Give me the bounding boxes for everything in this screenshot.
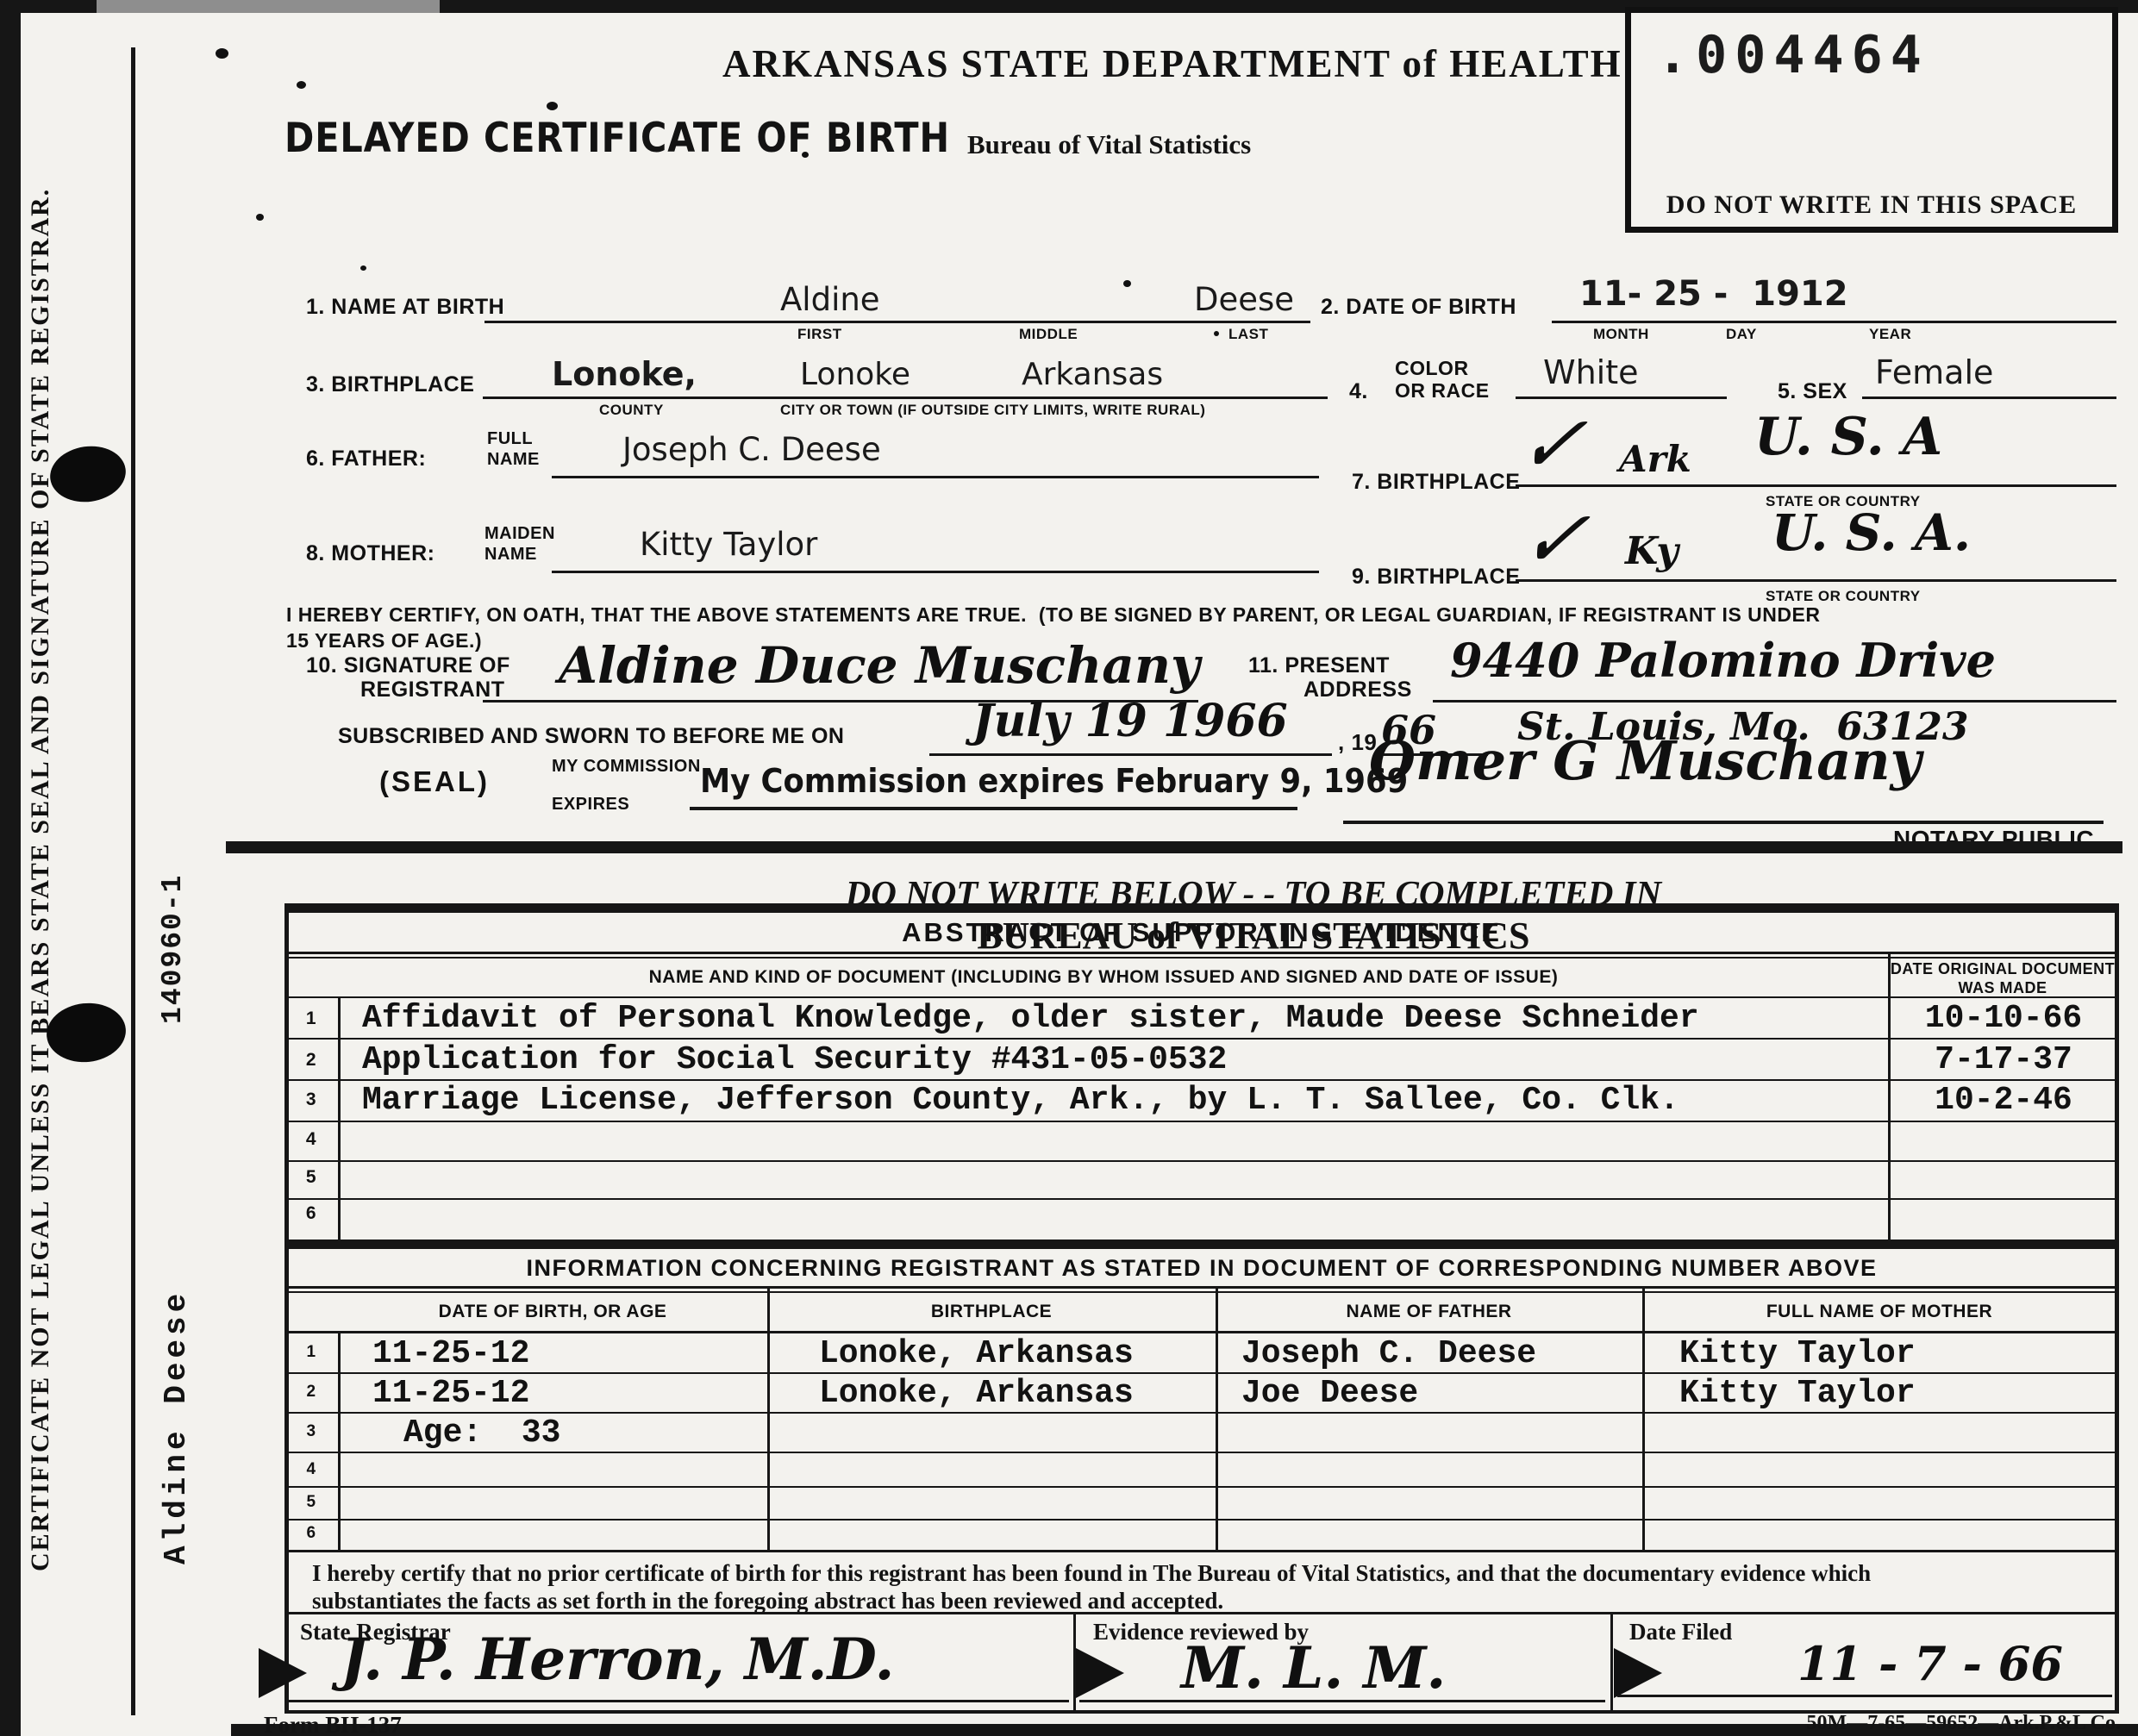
- sworn-label: SUBSCRIBED AND SWORN TO BEFORE ME ON: [338, 724, 844, 749]
- info-row-number: 4: [284, 1460, 338, 1479]
- field-9-label: 9. BIRTHPLACE: [1352, 565, 1520, 590]
- field-3-city-value: Lonoke: [800, 357, 910, 392]
- arrow-icon: [1076, 1648, 1124, 1698]
- abstract-row-number: 5: [284, 1167, 338, 1188]
- abstract-date-col-rule: [1888, 952, 1891, 1240]
- stamp-box-note: DO NOT WRITE IN THIS SPACE: [1631, 190, 2112, 220]
- final-certification-line1: I hereby certify that no prior certifica…: [312, 1560, 2105, 1587]
- field-6-value: Joseph C. Deese: [622, 431, 881, 468]
- footer-rule-3: [1617, 1695, 2112, 1697]
- info-col-birthplace-header: BIRTHPLACE: [767, 1302, 1216, 1322]
- abstract-row-document: Application for Social Security #431-05-…: [362, 1044, 1227, 1077]
- field-5-value: Female: [1875, 353, 1993, 391]
- stamp-box: .004464 DO NOT WRITE IN THIS SPACE: [1625, 7, 2118, 233]
- field-1-sub-middle: MIDDLE: [1019, 326, 1078, 343]
- abstract-doc-header: NAME AND KIND OF DOCUMENT (INCLUDING BY …: [414, 967, 1793, 988]
- left-scan-bar: [0, 0, 21, 1736]
- abstract-row-number: 6: [284, 1203, 338, 1224]
- info-col-mother-header: FULL NAME OF MOTHER: [1642, 1302, 2116, 1322]
- oath-line1: I HEREBY CERTIFY, ON OATH, THAT THE ABOV…: [286, 603, 1820, 627]
- info-row-rule-5: [284, 1519, 2119, 1521]
- top-scan-bar-fade: [97, 0, 440, 13]
- present-address-line1: 9440 Palomino Drive: [1450, 633, 1996, 688]
- abstract-title: ABSTRACT OF SUPPORTING EVIDENCE: [284, 917, 2119, 948]
- field-1-sub-last: LAST: [1228, 326, 1268, 343]
- margin-registrant-name: Aldine Deese: [159, 1228, 194, 1564]
- info-col-rule-3: [1642, 1286, 1645, 1550]
- info-row-dob: 11-25-12: [372, 1377, 529, 1410]
- field-2-sub-month: MONTH: [1593, 326, 1649, 343]
- info-col-father-header: NAME OF FATHER: [1216, 1302, 1642, 1322]
- info-num-col-rule: [338, 1331, 341, 1550]
- margin-rule: [131, 47, 135, 1715]
- abstract-row-number: 4: [284, 1129, 338, 1150]
- notary-rule: [1343, 821, 2104, 824]
- agency-title: ARKANSAS STATE DEPARTMENT of HEALTH: [722, 41, 1622, 86]
- form-number: Form BH-137: [264, 1712, 402, 1736]
- info-row-rule-3: [284, 1452, 2119, 1453]
- certificate-number-stamp: .004464: [1657, 25, 1929, 85]
- field-2-sub-year: YEAR: [1869, 326, 1911, 343]
- footer-top-rule: [284, 1612, 2119, 1614]
- info-bottom-rule: [284, 1550, 2119, 1552]
- field-3-label: 3. BIRTHPLACE: [306, 372, 474, 397]
- info-row-father: Joseph C. Deese: [1241, 1338, 1536, 1371]
- field-9-rule: [1516, 579, 2116, 582]
- abstract-top-bar: [284, 903, 2119, 913]
- field-3-sub-city: CITY OR TOWN (IF OUTSIDE CITY LIMITS, WR…: [780, 402, 1205, 419]
- info-row-rule-4: [284, 1486, 2119, 1488]
- form-title: DELAYED CERTIFICATE OF BIRTH: [284, 115, 950, 162]
- field-6-sub-top: FULL: [487, 429, 533, 449]
- date-filed-value: 11 - 7 - 66: [1797, 1636, 2063, 1691]
- checkmark-icon: ✓: [1512, 398, 1591, 490]
- abstract-row-rule-3: [284, 1121, 2119, 1122]
- evidence-reviewed-initials: M. L. M.: [1181, 1634, 1446, 1702]
- field-2-value: 11- 25 - 1912: [1579, 274, 1848, 314]
- oath-line2: 15 YEARS OF AGE.): [286, 629, 482, 653]
- scan-speck: [216, 48, 228, 59]
- field-1-sub-first: FIRST: [797, 326, 842, 343]
- margin-file-number: 140960-1: [157, 843, 189, 1024]
- state-registrar-signature: J. P. Herron, M.D.: [341, 1626, 894, 1693]
- abstract-row-date: 7-17-37: [1892, 1044, 2115, 1077]
- sworn-date-handwritten: July 19 1966: [972, 695, 1288, 747]
- footer-rule-2: [1079, 1700, 1605, 1702]
- field-3-rule: [483, 397, 1328, 399]
- field-8-sub-top: MAIDEN: [484, 524, 555, 544]
- field-1-rule: [484, 321, 1310, 323]
- field-6-rule: [552, 476, 1319, 478]
- info-row-father: Joe Deese: [1241, 1377, 1418, 1410]
- field-1-last-value: Deese: [1194, 281, 1294, 318]
- field-11-rule: [1433, 700, 2116, 703]
- commission-expiry-stamp: My Commission expires February 9, 1969: [700, 762, 1408, 800]
- field-8-value: Kitty Taylor: [640, 526, 817, 563]
- abstract-row-number: 3: [284, 1090, 338, 1110]
- scan-speck: [297, 81, 306, 89]
- arrow-icon: [259, 1648, 307, 1698]
- field-4-label-bottom: OR RACE: [1395, 379, 1490, 403]
- abstract-row-rule-0: [284, 996, 2119, 998]
- abstract-row-document: Marriage License, Jefferson County, Ark.…: [362, 1084, 1679, 1117]
- abstract-row-rule-4: [284, 1160, 2119, 1162]
- field-6-label: 6. FATHER:: [306, 446, 426, 471]
- field-7-country-value: U. S. A: [1754, 407, 1942, 467]
- info-top-bar: [284, 1240, 2119, 1249]
- info-row-number: 5: [284, 1493, 338, 1512]
- info-header-rule: [284, 1331, 2119, 1333]
- abstract-num-col-rule: [338, 996, 341, 1240]
- info-row-dob: Age: 33: [403, 1417, 560, 1450]
- field-7-rule: [1516, 484, 2116, 487]
- field-2-sub-day: DAY: [1726, 326, 1757, 343]
- info-row-number: 1: [284, 1343, 338, 1362]
- margin-disclaimer: CERTIFICATE NOT LEGAL UNLESS IT BEARS ST…: [26, 39, 122, 1720]
- field-1-first-value: Aldine: [780, 281, 880, 318]
- field-1-label: 1. NAME AT BIRTH: [306, 295, 504, 320]
- field-5-rule: [1862, 397, 2116, 399]
- field-3-sub-county: COUNTY: [599, 402, 664, 419]
- abstract-row-date: 10-10-66: [1892, 1002, 2115, 1035]
- field-2-label: 2. DATE OF BIRTH: [1321, 295, 1516, 320]
- abstract-double-rule-2: [284, 957, 2119, 959]
- commission-label-2: EXPIRES: [552, 795, 629, 815]
- field-9-state-value: Ky: [1625, 529, 1679, 573]
- info-row-mother: Kitty Taylor: [1679, 1377, 1916, 1410]
- info-title: INFORMATION CONCERNING REGISTRANT AS STA…: [284, 1255, 2119, 1282]
- info-double-rule-1: [284, 1286, 2119, 1289]
- footer-col-rule-2: [1610, 1612, 1613, 1714]
- info-row-birthplace: Lonoke, Arkansas: [819, 1338, 1134, 1371]
- commission-rule: [690, 807, 1297, 810]
- field-9-sub: STATE OR COUNTRY: [1766, 588, 1921, 605]
- field-11-label-1: 11. PRESENT: [1248, 653, 1390, 678]
- field-8-label: 8. MOTHER:: [306, 541, 434, 566]
- info-row-number: 6: [284, 1524, 338, 1543]
- scan-speck: [547, 102, 558, 110]
- abstract-double-rule-1: [284, 952, 2119, 954]
- info-col-rule-2: [1216, 1286, 1218, 1550]
- field-5-label: 5. SEX: [1778, 379, 1847, 404]
- field-7-state-value: Ark: [1619, 438, 1691, 480]
- field-10-label-1: 10. SIGNATURE OF: [306, 653, 510, 678]
- abstract-row-rule-5: [284, 1198, 2119, 1200]
- info-col-rule-1: [767, 1286, 770, 1550]
- scan-speck: [360, 265, 366, 271]
- info-row-rule-2: [284, 1412, 2119, 1414]
- abstract-row-rule-1: [284, 1038, 2119, 1040]
- field-8-rule: [552, 571, 1319, 573]
- field-7-label: 7. BIRTHPLACE: [1352, 470, 1520, 495]
- field-9-country-value: U. S. A.: [1772, 503, 1971, 562]
- info-double-rule-2: [284, 1291, 2119, 1293]
- registrant-signature: Aldine Duce Muschany: [559, 636, 1200, 695]
- abstract-date-header-2: WAS MADE: [1890, 979, 2116, 997]
- info-row-birthplace: Lonoke, Arkansas: [819, 1377, 1134, 1410]
- field-8-sub-bottom: NAME: [484, 545, 537, 565]
- bureau-subtitle: Bureau of Vital Statistics: [967, 129, 1251, 160]
- info-col-dob-header: DATE OF BIRTH, OR AGE: [338, 1302, 767, 1322]
- info-row-mother: Kitty Taylor: [1679, 1338, 1916, 1371]
- delayed-birth-certificate-document: CERTIFICATE NOT LEGAL UNLESS IT BEARS ST…: [0, 0, 2138, 1736]
- field-2-rule: [1552, 321, 2116, 323]
- sworn-rule-1: [929, 753, 1332, 756]
- notary-signature: Omer G Muschany: [1369, 729, 1922, 792]
- abstract-row-date: 10-2-46: [1892, 1084, 2115, 1117]
- field-10-label-2: REGISTRANT: [360, 678, 505, 703]
- print-code: 50M—7-65—59652—Ark.P.&L Co.: [1741, 1712, 2121, 1735]
- date-filed-label: Date Filed: [1629, 1619, 1732, 1645]
- info-row-number: 2: [284, 1383, 338, 1402]
- commission-label-1: MY COMMISSION: [552, 757, 701, 777]
- field-4-value: White: [1543, 353, 1639, 391]
- abstract-row-number: 2: [284, 1050, 338, 1071]
- abstract-row-number: 1: [284, 1009, 338, 1029]
- scan-speck: [1214, 331, 1219, 336]
- field-3-county-value: Lonoke,: [552, 355, 697, 393]
- field-6-sub-bottom: NAME: [487, 450, 540, 470]
- section-divider-bar: [226, 841, 2122, 853]
- field-3-state-value: Arkansas: [1022, 357, 1163, 392]
- scan-speck: [256, 214, 264, 221]
- field-4-label-top: COLOR: [1395, 357, 1469, 380]
- abstract-row-rule-2: [284, 1079, 2119, 1081]
- info-row-rule-1: [284, 1372, 2119, 1374]
- seal-label: (SEAL): [379, 765, 490, 798]
- arrow-icon: [1614, 1648, 1662, 1698]
- abstract-row-document: Affidavit of Personal Knowledge, older s…: [362, 1002, 1699, 1035]
- do-not-write-banner: DO NOT WRITE BELOW - - TO BE COMPLETED I…: [371, 857, 2121, 973]
- footer-rule-1: [289, 1700, 1069, 1702]
- abstract-date-header-1: DATE ORIGINAL DOCUMENT: [1890, 960, 2116, 978]
- info-row-number: 3: [284, 1422, 338, 1441]
- field-11-label-2: ADDRESS: [1303, 678, 1412, 703]
- field-4-number: 4.: [1349, 379, 1368, 404]
- final-certification-line2: substantiates the facts as set forth in …: [312, 1588, 2105, 1614]
- checkmark-icon: ✓: [1515, 493, 1594, 585]
- info-row-dob: 11-25-12: [372, 1338, 529, 1371]
- scan-speck: [1123, 280, 1131, 287]
